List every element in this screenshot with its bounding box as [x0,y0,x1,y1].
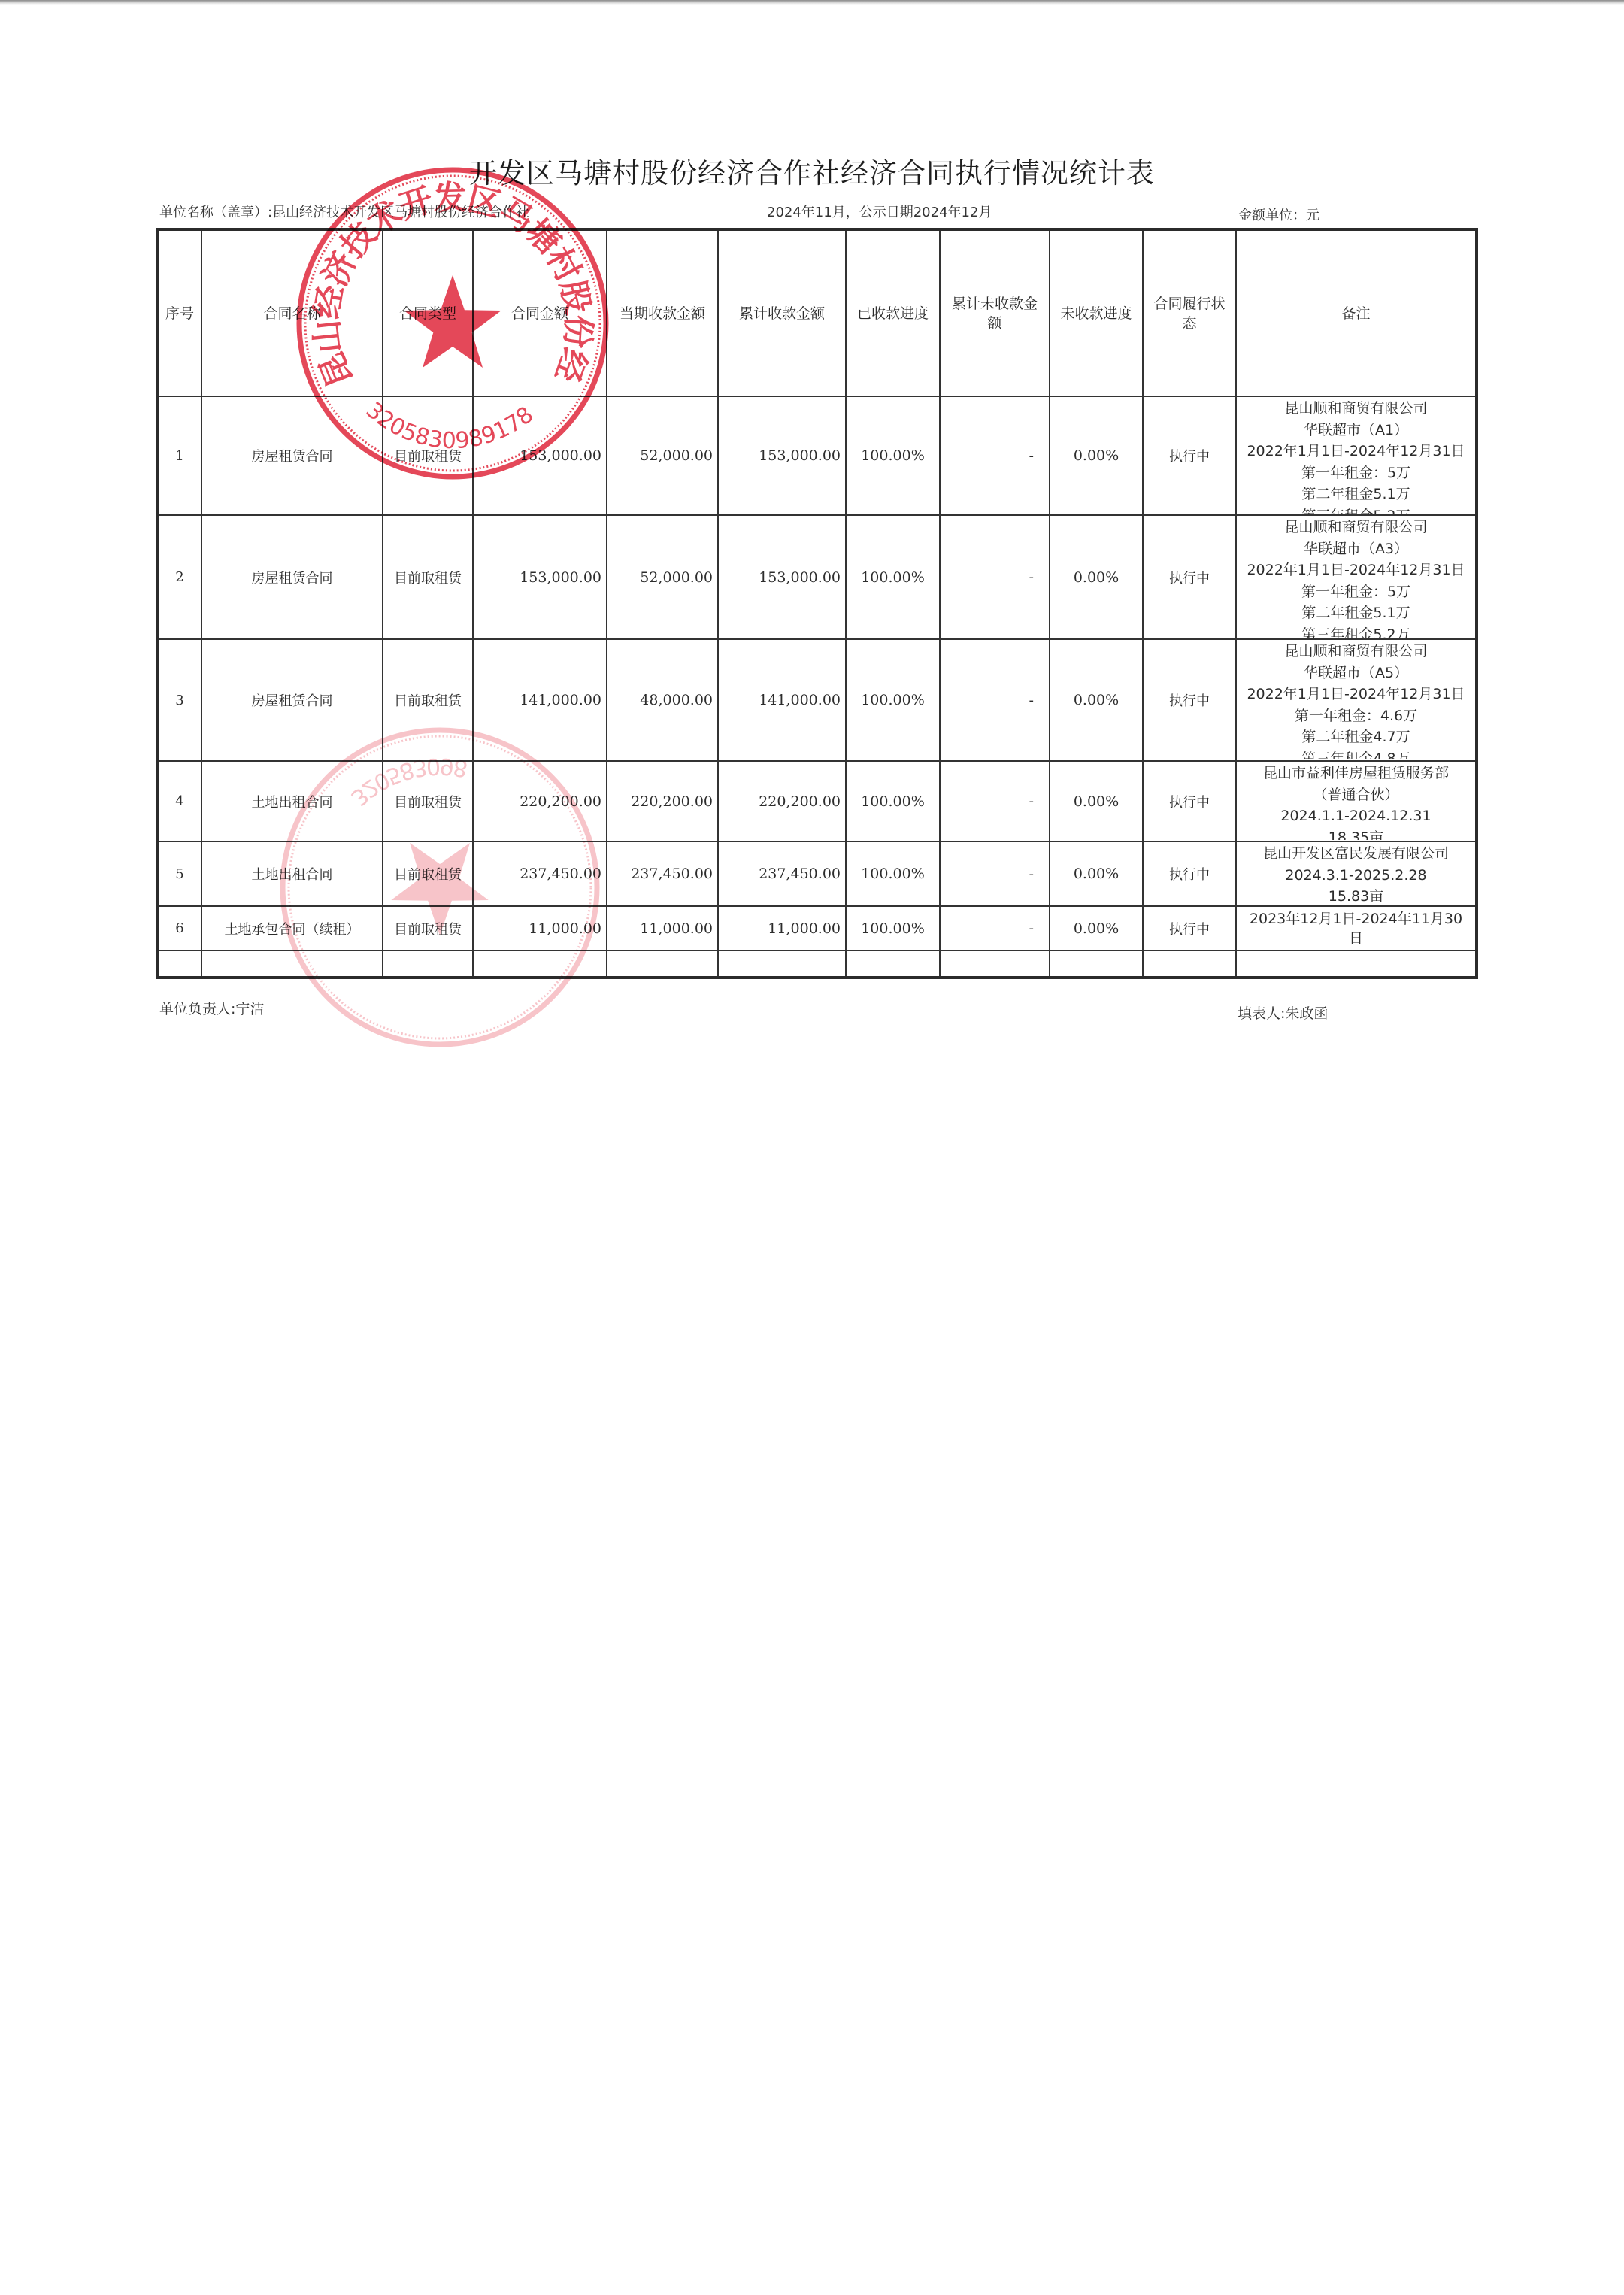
current-received: 52,000.00 [607,396,718,515]
remarks-cell: 昆山开发区富民发展有限公司2024.3.1-2025.2.2815.83亩 [1236,841,1477,906]
received-progress: 100.00% [846,906,940,950]
contract-type: 目前取租赁 [383,761,473,841]
empty-cell [718,950,846,978]
header-current-received: 当期收款金额 [607,229,718,396]
remarks-cell: 昆山顺和商贸有限公司华联超市（A1）2022年1月1日-2024年12月31日第… [1236,396,1477,515]
received-progress: 100.00% [846,761,940,841]
scan-edge [0,0,1624,5]
remarks-line: 日 [1238,929,1474,948]
row-seq: 2 [157,515,201,639]
empty-cell [1050,950,1143,978]
contract-execution-table: 序号 合同名称 合同类型 合同金额 当期收款金额 累计收款金额 已收款进度 累计… [156,228,1478,979]
current-received: 220,200.00 [607,761,718,841]
header-cumulative-unreceived: 累计未收款金额 [940,229,1050,396]
cumulative-received: 237,450.00 [718,841,846,906]
received-progress: 100.00% [846,515,940,639]
row-seq: 1 [157,396,201,515]
row-seq: 4 [157,761,201,841]
remarks-cell: 昆山市益利佳房屋租赁服务部（普通合伙）2024.1.1-2024.12.3118… [1236,761,1477,841]
status-badge: 执行中 [1143,639,1236,761]
unreceived-progress: 0.00% [1050,906,1143,950]
remarks-line: 2022年1月1日-2024年12月31日 [1238,441,1474,462]
cumulative-received: 220,200.00 [718,761,846,841]
remarks-line: 第一年租金：5万 [1238,462,1474,484]
status-badge: 执行中 [1143,515,1236,639]
status-badge: 执行中 [1143,841,1236,906]
cumulative-unreceived: - [940,396,1050,515]
remarks-line: （普通合伙） [1238,784,1474,806]
table-row: 6土地承包合同（续租）目前取租赁11,000.0011,000.0011,000… [157,906,1477,950]
contract-type: 目前取租赁 [383,639,473,761]
header-contract-type: 合同类型 [383,229,473,396]
document-title: 开发区马塘村股份经济合作社经济合同执行情况统计表 [0,150,1624,191]
remarks-line: 第三年租金5.2万 [1238,624,1474,638]
remarks-cell: 昆山顺和商贸有限公司华联超市（A3）2022年1月1日-2024年12月31日第… [1236,515,1477,639]
contract-name: 土地承包合同（续租） [201,906,383,950]
contract-amount: 141,000.00 [473,639,607,761]
unreceived-progress: 0.00% [1050,515,1143,639]
empty-cell [846,950,940,978]
header-contract-name: 合同名称 [201,229,383,396]
contract-amount: 11,000.00 [473,906,607,950]
contract-type: 目前取租赁 [383,841,473,906]
status-badge: 执行中 [1143,396,1236,515]
contract-type: 目前取租赁 [383,906,473,950]
remarks-line: 昆山顺和商贸有限公司 [1238,517,1474,538]
remarks-line: 2022年1月1日-2024年12月31日 [1238,559,1474,581]
table-row: 3房屋租赁合同目前取租赁141,000.0048,000.00141,000.0… [157,639,1477,761]
header-status: 合同履行状态 [1143,229,1236,396]
cumulative-unreceived: - [940,515,1050,639]
header-seq: 序号 [157,229,201,396]
table-header-row: 序号 合同名称 合同类型 合同金额 当期收款金额 累计收款金额 已收款进度 累计… [157,229,1477,396]
unreceived-progress: 0.00% [1050,841,1143,906]
empty-cell [383,950,473,978]
contract-name: 房屋租赁合同 [201,515,383,639]
remarks-line: 第二年租金5.1万 [1238,602,1474,624]
cumulative-received: 141,000.00 [718,639,846,761]
cumulative-unreceived: - [940,761,1050,841]
empty-cell [607,950,718,978]
contract-amount: 237,450.00 [473,841,607,906]
current-received: 52,000.00 [607,515,718,639]
empty-cell [473,950,607,978]
cumulative-received: 153,000.00 [718,515,846,639]
remarks-line: 2022年1月1日-2024年12月31日 [1238,684,1474,705]
remarks-cell: 2023年12月1日-2024年11月30日 [1236,906,1477,950]
remarks-line: 昆山开发区富民发展有限公司 [1238,843,1474,865]
remarks-line: 昆山顺和商贸有限公司 [1238,398,1474,420]
contract-type: 目前取租赁 [383,515,473,639]
remarks-line: 第三年租金4.8万 [1238,748,1474,760]
form-preparer: 填表人:朱政函 [1238,1002,1328,1023]
empty-cell [1236,950,1477,978]
received-progress: 100.00% [846,841,940,906]
status-badge: 执行中 [1143,761,1236,841]
contract-amount: 220,200.00 [473,761,607,841]
unreceived-progress: 0.00% [1050,761,1143,841]
cumulative-unreceived: - [940,639,1050,761]
contract-amount: 153,000.00 [473,396,607,515]
header-received-progress: 已收款进度 [846,229,940,396]
received-progress: 100.00% [846,396,940,515]
table-row: 5土地出租合同目前取租赁237,450.00237,450.00237,450.… [157,841,1477,906]
remarks-line: 华联超市（A1） [1238,420,1474,441]
remarks-line: 2024.3.1-2025.2.28 [1238,865,1474,887]
table-row: 1房屋租赁合同目前取租赁153,000.0052,000.00153,000.0… [157,396,1477,515]
cumulative-received: 11,000.00 [718,906,846,950]
status-badge: 执行中 [1143,906,1236,950]
header-contract-amount: 合同金额 [473,229,607,396]
header-remarks: 备注 [1236,229,1477,396]
row-seq: 5 [157,841,201,906]
remarks-line: 2023年12月1日-2024年11月30 [1238,909,1474,929]
empty-cell [1143,950,1236,978]
remarks-line: 15.83亩 [1238,886,1474,905]
contract-name: 土地出租合同 [201,841,383,906]
contract-name: 土地出租合同 [201,761,383,841]
remarks-line: 第三年租金5.2万 [1238,505,1474,514]
cumulative-unreceived: - [940,841,1050,906]
remarks-line: 华联超市（A5） [1238,662,1474,684]
header-unreceived-progress: 未收款进度 [1050,229,1143,396]
responsible-person: 单位负责人:宁洁 [159,998,264,1018]
remarks-line: 昆山顺和商贸有限公司 [1238,641,1474,662]
table-row: 4土地出租合同目前取租赁220,200.00220,200.00220,200.… [157,761,1477,841]
remarks-line: 第一年租金：5万 [1238,581,1474,603]
current-received: 48,000.00 [607,639,718,761]
row-seq: 6 [157,906,201,950]
remarks-cell: 昆山顺和商贸有限公司华联超市（A5）2022年1月1日-2024年12月31日第… [1236,639,1477,761]
contract-name: 房屋租赁合同 [201,639,383,761]
remarks-line: 昆山市益利佳房屋租赁服务部 [1238,762,1474,784]
contract-amount: 153,000.00 [473,515,607,639]
contract-type: 目前取租赁 [383,396,473,515]
unreceived-progress: 0.00% [1050,639,1143,761]
table-row: 2房屋租赁合同目前取租赁153,000.0052,000.00153,000.0… [157,515,1477,639]
cumulative-received: 153,000.00 [718,396,846,515]
remarks-line: 2024.1.1-2024.12.31 [1238,805,1474,827]
remarks-line: 第二年租金5.1万 [1238,484,1474,505]
currency-unit-label: 金额单位：元 [1238,205,1319,224]
received-progress: 100.00% [846,639,940,761]
empty-cell [157,950,201,978]
contract-name: 房屋租赁合同 [201,396,383,515]
remarks-line: 18.35亩 [1238,827,1474,841]
period-label: 2024年11月，公示日期2024年12月 [767,202,992,221]
unreceived-progress: 0.00% [1050,396,1143,515]
current-received: 237,450.00 [607,841,718,906]
remarks-line: 华联超市（A3） [1238,538,1474,560]
header-cumulative-received: 累计收款金额 [718,229,846,396]
current-received: 11,000.00 [607,906,718,950]
empty-cell [940,950,1050,978]
empty-row [157,950,1477,978]
empty-cell [201,950,383,978]
row-seq: 3 [157,639,201,761]
cumulative-unreceived: - [940,906,1050,950]
remarks-line: 第一年租金：4.6万 [1238,705,1474,727]
remarks-line: 第二年租金4.7万 [1238,726,1474,748]
unit-name-label: 单位名称（盖章）:昆山经济技术开发区马塘村股份经济合作社 [159,202,529,221]
